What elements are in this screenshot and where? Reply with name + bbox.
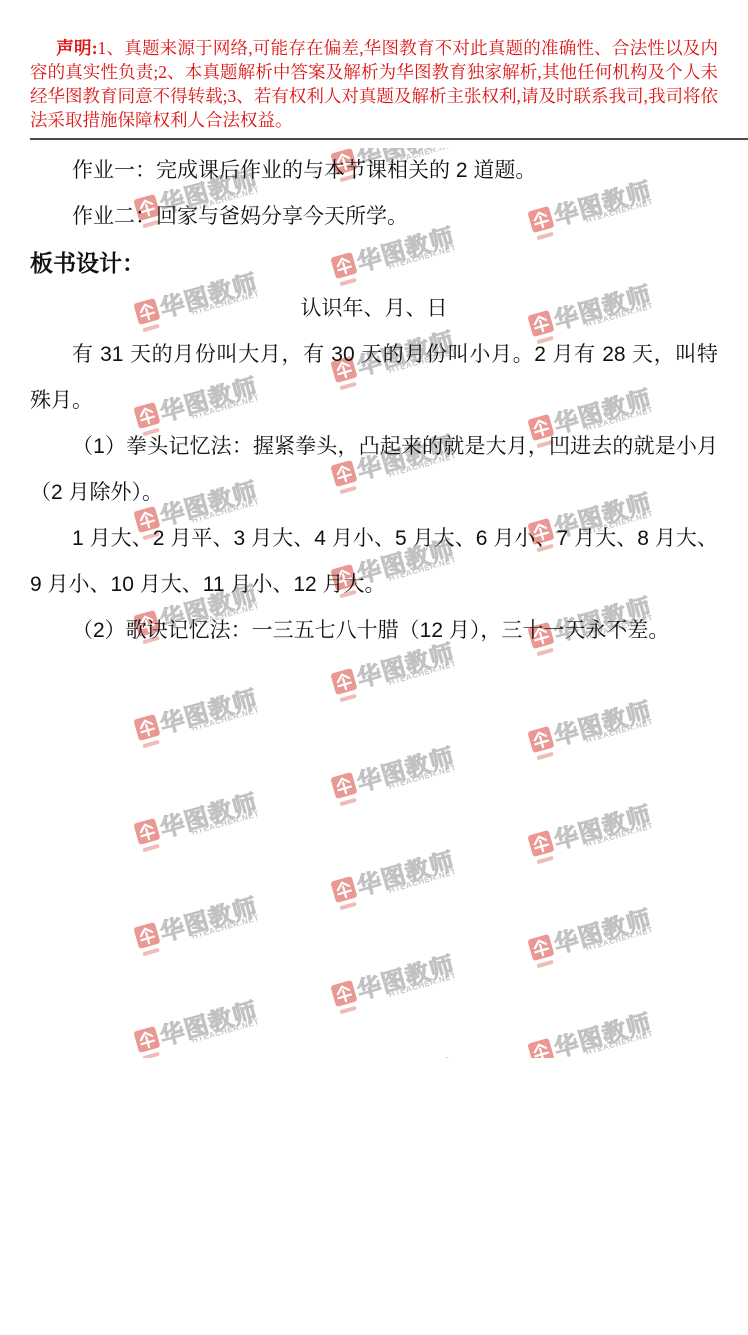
watermark: 华图教师HTEACHER.NET — [321, 733, 460, 812]
watermark-icon-caption — [142, 740, 159, 748]
watermark-brand-text: 华图教师 — [352, 945, 458, 1006]
huatu-logo-icon — [133, 922, 160, 949]
huatu-logo-icon — [133, 714, 160, 741]
disclaimer-label: 声明: — [56, 38, 97, 58]
paragraph: 有 31 天的月份叫大月，有 30 天的月份叫小月。2 月有 28 天，叫特殊月… — [30, 332, 718, 424]
section-heading: 板书设计： — [30, 240, 718, 286]
paragraph: （2）歌诀记忆法：一三五七八十腊（12 月），三十一天永不差。 — [30, 608, 718, 654]
paragraph: （1）拳头记忆法：握紧拳头，凸起来的就是大月，凹进去的就是小月（2 月除外）。 — [30, 424, 718, 516]
huatu-logo-icon — [527, 934, 554, 961]
watermark: 华图教师HTEACHER.NET — [321, 837, 460, 916]
watermark-brand-text: 华图教师 — [352, 1049, 458, 1058]
watermark-brand-text: 华图教师 — [549, 899, 655, 960]
disclaimer-text: 1、真题来源于网络,可能存在偏差,华图教育不对此真题的准确性、合法性以及内容的真… — [30, 38, 718, 130]
watermark-domain-text: HTEACHER.NET — [585, 1029, 655, 1057]
disclaimer-paragraph: 声明:1、真题来源于网络,可能存在偏差,华图教育不对此真题的准确性、合法性以及内… — [30, 36, 718, 132]
paragraph: 作业二：回家与爸妈分享今天所学。 — [30, 194, 718, 240]
watermark-brand-text: 华图教师 — [155, 679, 261, 740]
huatu-logo-icon — [330, 980, 357, 1007]
watermark-domain-text: HTEACHER.NET — [388, 971, 458, 999]
watermark-domain-text: HTEACHER.NET — [191, 809, 261, 837]
watermark-icon-caption — [142, 948, 159, 956]
watermark: 华图教师HTEACHER.NET — [124, 987, 263, 1058]
document-body: 作业一：完成课后作业的与本节课相关的 2 道题。作业二：回家与爸妈分享今天所学。… — [30, 140, 718, 654]
watermark-icon-caption — [339, 798, 356, 806]
watermark-icon-caption — [339, 1006, 356, 1014]
watermark-brand-text: 华图教师 — [155, 991, 261, 1052]
watermark-brand-text: 华图教师 — [549, 691, 655, 752]
huatu-logo-icon — [330, 668, 357, 695]
huatu-logo-icon — [527, 1038, 554, 1058]
watermark-domain-text: HTEACHER.NET — [585, 925, 655, 953]
huatu-logo-icon — [527, 726, 554, 753]
watermark-brand-text: 华图教师 — [549, 795, 655, 856]
huatu-logo-icon — [133, 1026, 160, 1053]
watermark-domain-text: HTEACHER.NET — [191, 705, 261, 733]
watermark-icon-caption — [536, 960, 553, 968]
watermark-icon-caption — [536, 752, 553, 760]
huatu-logo-icon — [330, 876, 357, 903]
paragraph: 作业一：完成课后作业的与本节课相关的 2 道题。 — [30, 148, 718, 194]
watermark: 华图教师HTEACHER.NET — [124, 779, 263, 858]
watermark: 华图教师HTEACHER.NET — [518, 999, 657, 1058]
watermark-domain-text: HTEACHER.NET — [388, 659, 458, 687]
watermark-brand-text: 华图教师 — [352, 841, 458, 902]
watermark-icon-caption — [339, 694, 356, 702]
document: 声明:1、真题来源于网络,可能存在偏差,华图教育不对此真题的准确性、合法性以及内… — [0, 36, 748, 654]
watermark-icon-caption — [142, 844, 159, 852]
paragraph: 1 月大、2 月平、3 月大、4 月小、5 月大、6 月小、7 月大、8 月大、… — [30, 516, 718, 608]
watermark-domain-text: HTEACHER.NET — [585, 821, 655, 849]
watermark: 华图教师HTEACHER.NET — [124, 883, 263, 962]
watermark-domain-text: HTEACHER.NET — [585, 717, 655, 745]
watermark: 华图教师HTEACHER.NET — [321, 941, 460, 1020]
huatu-logo-icon — [330, 772, 357, 799]
watermark-brand-text: 华图教师 — [352, 737, 458, 798]
huatu-logo-icon — [527, 830, 554, 857]
watermark: 华图教师HTEACHER.NET — [518, 791, 657, 870]
huatu-logo-icon — [133, 818, 160, 845]
watermark: 华图教师HTEACHER.NET — [321, 1045, 460, 1058]
watermark-brand-text: 华图教师 — [549, 1003, 655, 1058]
watermark: 华图教师HTEACHER.NET — [124, 675, 263, 754]
watermark-domain-text: HTEACHER.NET — [388, 763, 458, 791]
board-title: 认识年、月、日 — [30, 286, 718, 332]
watermark-icon-caption — [142, 1052, 159, 1058]
watermark: 华图教师HTEACHER.NET — [518, 895, 657, 974]
watermark-brand-text: 华图教师 — [155, 783, 261, 844]
watermark-icon-caption — [536, 856, 553, 864]
watermark-domain-text: HTEACHER.NET — [388, 867, 458, 895]
watermark: 华图教师HTEACHER.NET — [518, 687, 657, 766]
watermark-domain-text: HTEACHER.NET — [191, 1017, 261, 1045]
watermark-icon-caption — [339, 902, 356, 910]
watermark-domain-text: HTEACHER.NET — [191, 913, 261, 941]
watermark-brand-text: 华图教师 — [155, 887, 261, 948]
